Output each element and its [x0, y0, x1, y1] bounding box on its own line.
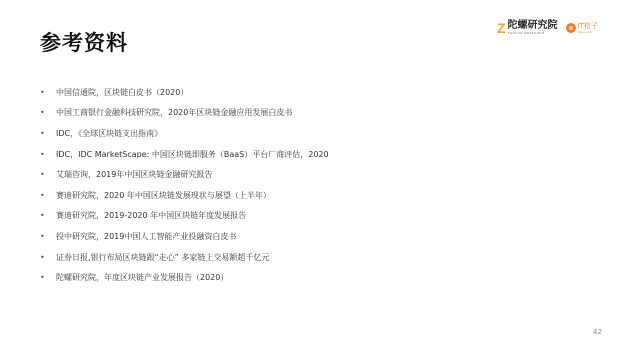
reference-text: 中国工商银行金融科技研究院，2020年区块链金融应用发展白皮书: [56, 107, 292, 118]
itjuzi-logo-name: IT桔子: [578, 22, 598, 30]
reference-text: 投中研究院，2019中国人工智能产业投融资白皮书: [56, 231, 236, 242]
bullet-icon: •: [40, 108, 50, 117]
bullet-icon: •: [40, 253, 50, 262]
list-item: •艾瑞咨询，2019年中国区块链金融研究报告: [40, 164, 329, 185]
tuoluo-logo-name: 陀螺研究院: [508, 20, 558, 31]
bullet-icon: •: [40, 170, 50, 179]
bullet-icon: •: [40, 273, 50, 282]
bullet-icon: •: [40, 191, 50, 200]
itjuzi-logo: IT桔子 itjuzi.com: [566, 22, 598, 34]
reference-list: •中国信通院，区块链白皮书（2020） •中国工商银行金融科技研究院，2020年…: [40, 82, 329, 288]
reference-text: 艾瑞咨询，2019年中国区块链金融研究报告: [56, 169, 212, 180]
reference-text: IDC，IDC MarketScape: 中国区块链即服务（BaaS）平台厂商评…: [56, 149, 329, 160]
list-item: •赛迪研究院，2020 年中国区块链发展现状与展望（上半年）: [40, 185, 329, 206]
bullet-icon: •: [40, 211, 50, 220]
logos: Z 陀螺研究院 TUOLUO RESEARCH IT桔子 itjuzi.com: [497, 20, 598, 35]
tuoluo-logo: Z 陀螺研究院 TUOLUO RESEARCH: [497, 20, 558, 35]
orange-icon: [566, 23, 576, 33]
list-item: •IDC，《全球区块链支出指南》: [40, 123, 329, 144]
tuoluo-logo-sub: TUOLUO RESEARCH: [508, 31, 558, 35]
list-item: •中国信通院，区块链白皮书（2020）: [40, 82, 329, 103]
list-item: •陀螺研究院，年度区块链产业发展报告（2020）: [40, 267, 329, 288]
list-item: •投中研究院，2019中国人工智能产业投融资白皮书: [40, 226, 329, 247]
reference-text: IDC，《全球区块链支出指南》: [56, 128, 162, 139]
bullet-icon: •: [40, 88, 50, 97]
list-item: •赛迪研究院，2019-2020 年中国区块链年度发展报告: [40, 206, 329, 227]
reference-text: 赛迪研究院，2019-2020 年中国区块链年度发展报告: [56, 210, 246, 221]
list-item: •IDC，IDC MarketScape: 中国区块链即服务（BaaS）平台厂商…: [40, 144, 329, 165]
reference-text: 证券日报,银行布局区块链跟“走心” 多家链上交易额超千亿元: [56, 252, 269, 263]
page-number: 42: [593, 328, 602, 336]
bullet-icon: •: [40, 129, 50, 138]
itjuzi-logo-sub: itjuzi.com: [578, 30, 598, 34]
reference-text: 赛迪研究院，2020 年中国区块链发展现状与展望（上半年）: [56, 190, 271, 201]
bullet-icon: •: [40, 232, 50, 241]
reference-text: 陀螺研究院，年度区块链产业发展报告（2020）: [56, 272, 228, 283]
page-title: 参考资料: [40, 27, 128, 57]
bullet-icon: •: [40, 150, 50, 159]
reference-text: 中国信通院，区块链白皮书（2020）: [56, 87, 188, 98]
list-item: •证券日报,银行布局区块链跟“走心” 多家链上交易额超千亿元: [40, 247, 329, 268]
list-item: •中国工商银行金融科技研究院，2020年区块链金融应用发展白皮书: [40, 103, 329, 124]
tuoluo-z-icon: Z: [497, 21, 506, 35]
